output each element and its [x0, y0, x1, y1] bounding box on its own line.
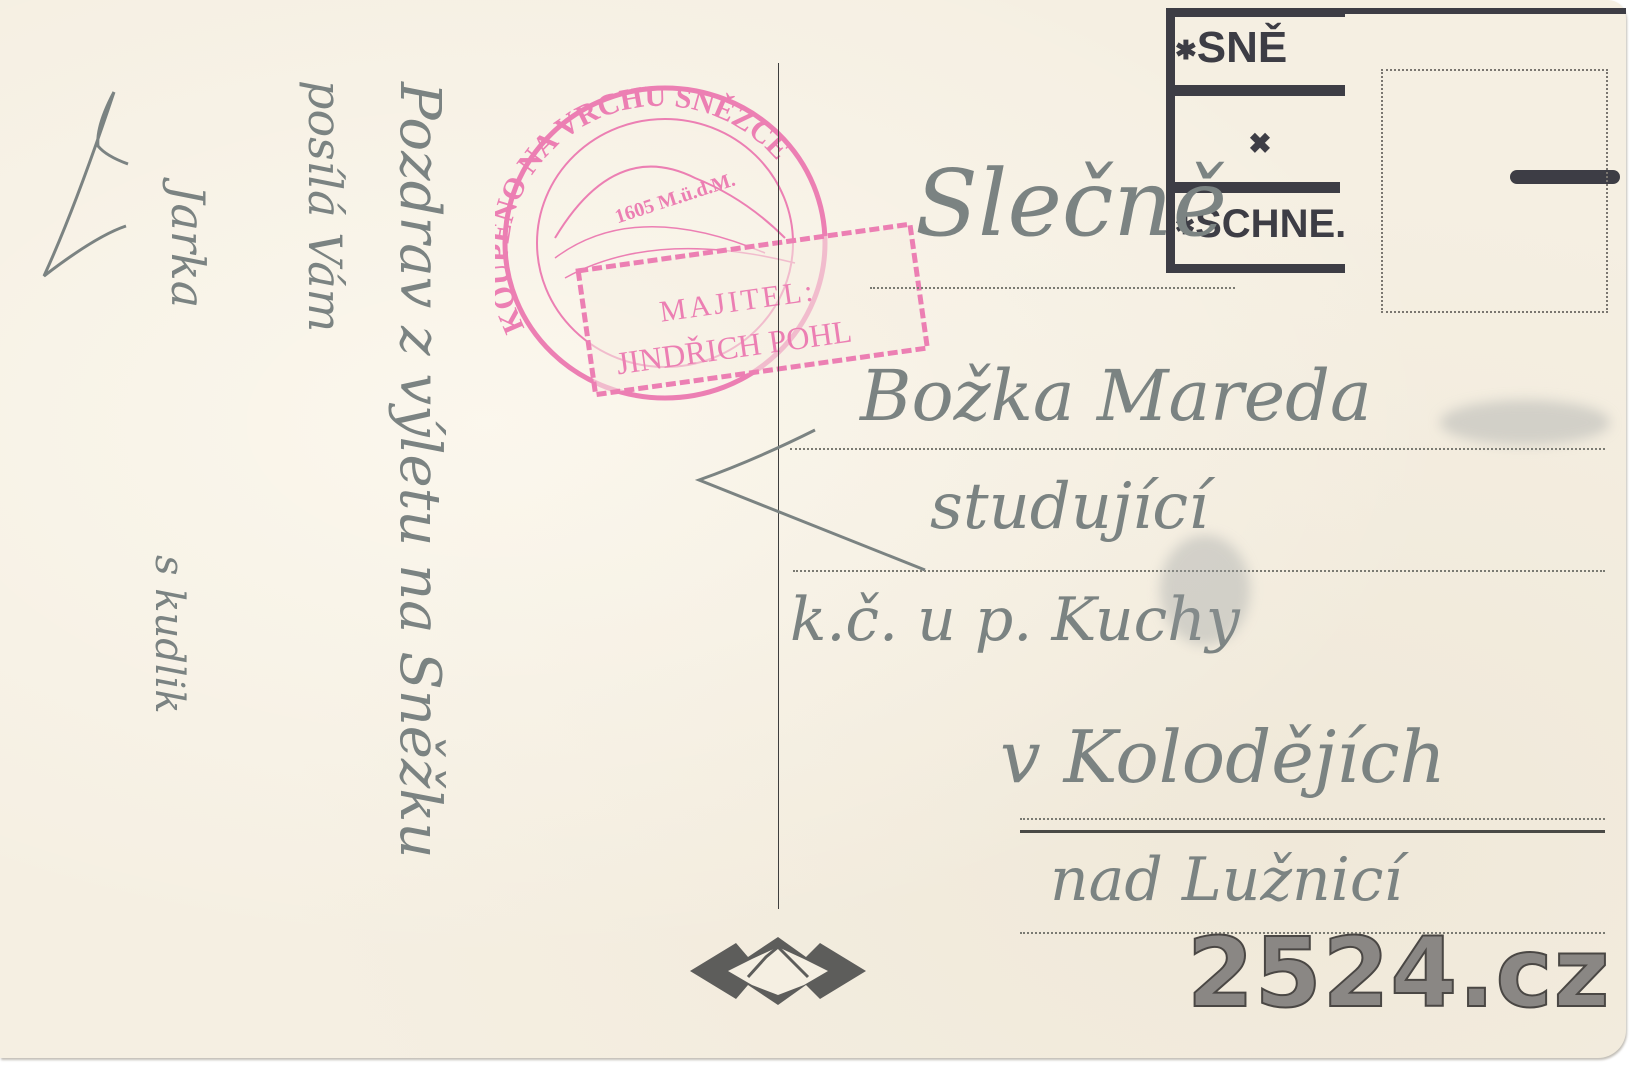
cancel-wave-line [1166, 8, 1626, 14]
handwritten-v-mark-left [36, 86, 136, 286]
address-line-1 [870, 287, 1235, 289]
star-icon: ✱ [1175, 35, 1197, 65]
message-col-2: posílá Vám [298, 80, 352, 332]
watermark-text: 2524.cz [1187, 925, 1610, 1021]
ink-smudge [1160, 535, 1250, 645]
address-salutation: Slečně [915, 150, 1227, 257]
handwritten-v-mark-right [695, 420, 935, 580]
postmark-line1: SNĚ [1197, 23, 1287, 72]
address-name: Božka Mareda [860, 355, 1372, 437]
address-town: v Kolodějích [1000, 715, 1446, 799]
message-col-3: Jarka [161, 185, 215, 308]
message-col-4: s kudlik [146, 555, 192, 714]
stamp-elevation-text: 1605 M.ü.d.M. [612, 169, 738, 229]
mountain-diamond-logo-icon [688, 933, 868, 1013]
address-occupation: studující [930, 470, 1209, 544]
stamp-placeholder-box [1381, 69, 1608, 313]
postcard-back: Pozdrav z výletu na Sněžku posílá Vám Ja… [0, 0, 1626, 1058]
address-region: nad Lužnicí [1050, 845, 1403, 915]
ink-smudge [1440, 400, 1610, 445]
address-line-5 [1020, 818, 1605, 820]
address-underline-solid [1020, 830, 1605, 833]
message-col-1: Pozdrav z výletu na Sněžku [387, 82, 452, 858]
